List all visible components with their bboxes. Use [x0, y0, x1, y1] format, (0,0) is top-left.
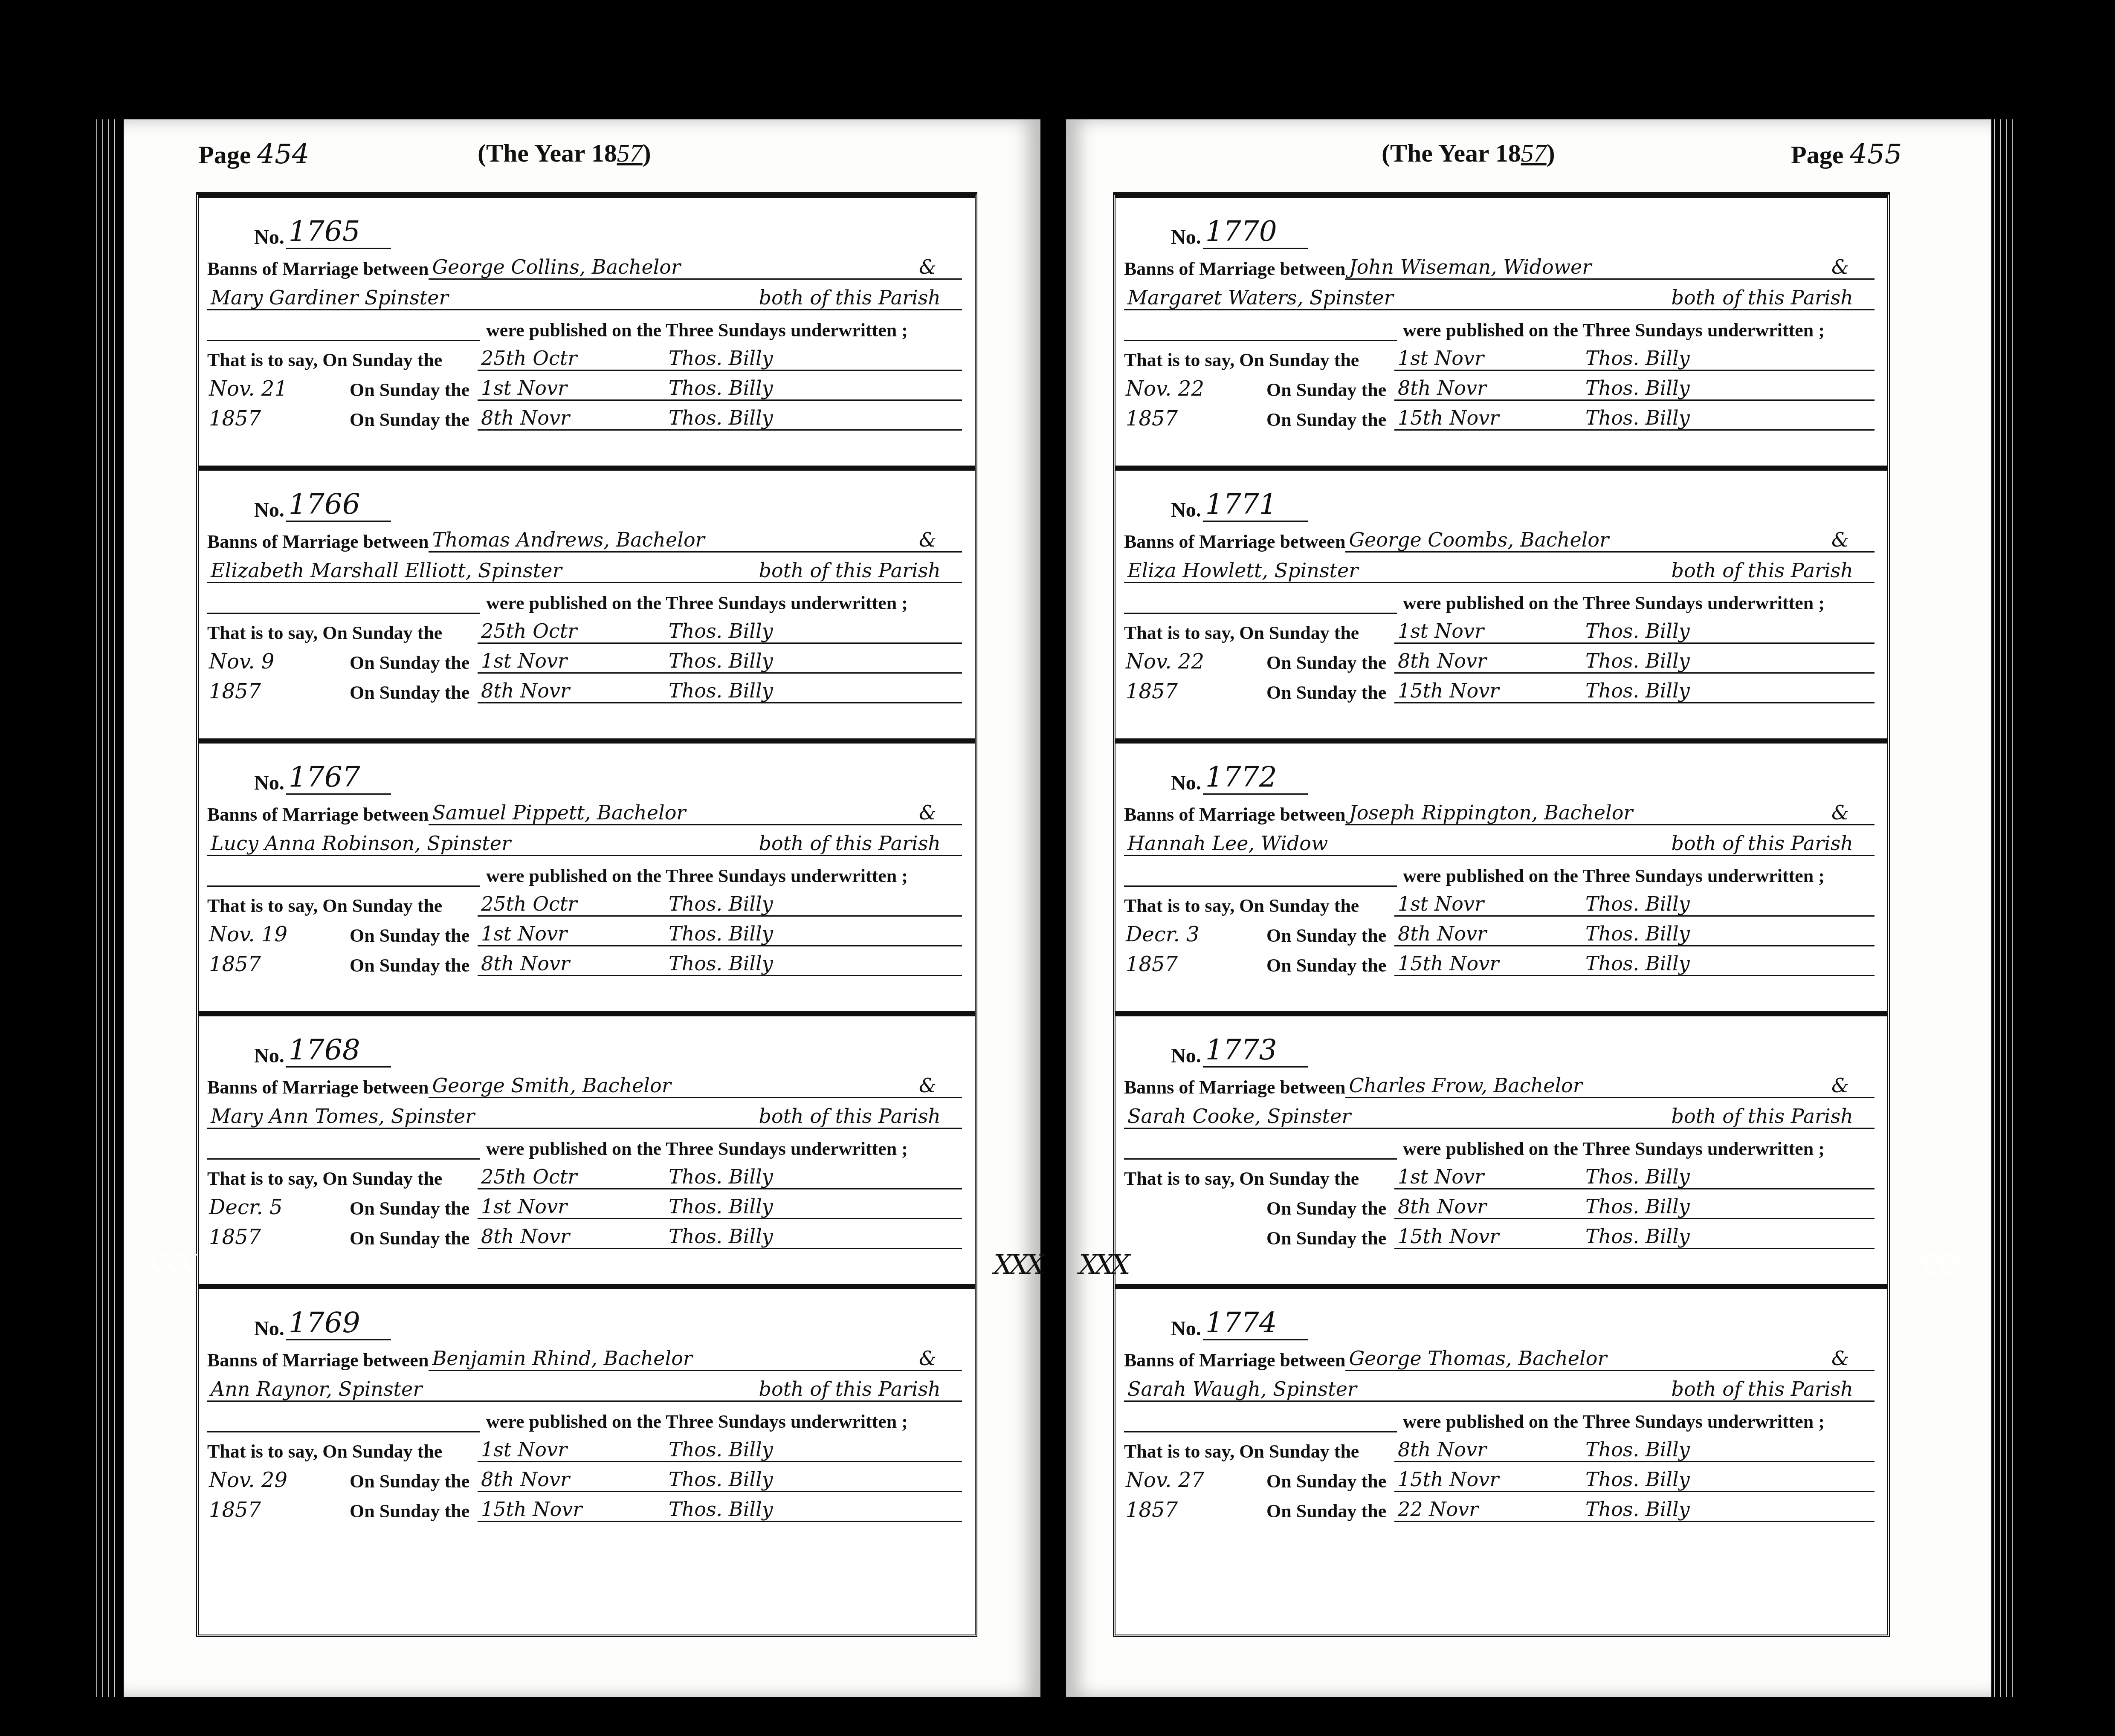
sunday-row: Nov. 22 On Sunday the 8th Novr Thos. Bil…	[1124, 371, 1875, 401]
entry-number: 1773	[1203, 1033, 1308, 1068]
page-label: Page	[1791, 141, 1843, 169]
ampersand: &	[919, 255, 962, 278]
ampersand: &	[919, 1347, 962, 1370]
sunday-date: 8th Novr	[478, 679, 669, 703]
sunday-date: 8th Novr	[1394, 922, 1585, 946]
sunday-label: That is to say, On Sunday the	[1124, 1441, 1394, 1462]
entry-number-line: No. 1771	[1171, 488, 1875, 522]
sunday-row: That is to say, On Sunday the 1st Novr T…	[207, 1432, 962, 1462]
party2-line: Sarah Cooke, Spinster both of this Paris…	[1124, 1098, 1875, 1129]
sunday-row: Nov. 19 On Sunday the 1st Novr Thos. Bil…	[207, 917, 962, 946]
year-handwritten: 57	[1521, 139, 1547, 167]
margin-date-note: Nov. 29	[207, 1468, 350, 1492]
sunday-date: 25th Octr	[478, 1165, 669, 1189]
party2-name: Lucy Anna Robinson, Spinster	[211, 832, 511, 855]
banns-line: Banns of Marriage between Benjamin Rhind…	[207, 1340, 962, 1371]
banns-entry: No. 1765 Banns of Marriage between Georg…	[199, 198, 975, 471]
ampersand: &	[1831, 528, 1875, 551]
sunday-label: That is to say, On Sunday the	[207, 1168, 478, 1189]
sunday-row: 1857 On Sunday the 22 Novr Thos. Billy	[1124, 1492, 1875, 1522]
sunday-label: That is to say, On Sunday the	[207, 895, 478, 917]
sunday-row: Decr. 3 On Sunday the 8th Novr Thos. Bil…	[1124, 917, 1875, 946]
sunday-row: 1857 On Sunday the 15th Novr Thos. Billy	[1124, 674, 1875, 703]
page-number: 455	[1850, 139, 1902, 170]
blank-field	[207, 1431, 480, 1432]
sunday-label: On Sunday the	[350, 409, 478, 431]
banns-label: Banns of Marriage between	[1124, 531, 1345, 553]
party2-line: Ann Raynor, Spinster both of this Parish	[207, 1371, 962, 1402]
published-text: were published on the Three Sundays unde…	[486, 592, 908, 614]
sunday-date: 8th Novr	[478, 406, 669, 431]
sunday-label: On Sunday the	[1266, 925, 1394, 946]
party1-field: Benjamin Rhind, Bachelor &	[429, 1347, 962, 1371]
sunday-row: 1857 On Sunday the 8th Novr Thos. Billy	[207, 401, 962, 431]
sunday-row: 1857 On Sunday the 8th Novr Thos. Billy	[207, 946, 962, 976]
sunday-label: On Sunday the	[1266, 409, 1394, 431]
entry-number-label: No.	[254, 226, 284, 249]
ampersand: &	[919, 801, 962, 824]
officiant-signature: Thos. Billy	[669, 679, 962, 703]
sunday-date: 1st Novr	[1394, 892, 1585, 917]
sunday-date: 8th Novr	[1394, 1195, 1585, 1219]
party2-field: Elizabeth Marshall Elliott, Spinster bot…	[207, 559, 962, 583]
parish-note: both of this Parish	[759, 286, 962, 309]
published-text: were published on the Three Sundays unde…	[486, 1411, 908, 1432]
published-text: were published on the Three Sundays unde…	[486, 319, 908, 341]
officiant-signature: Thos. Billy	[1585, 952, 1875, 976]
banns-line: Banns of Marriage between John Wiseman, …	[1124, 249, 1875, 280]
sunday-row: Nov. 27 On Sunday the 15th Novr Thos. Bi…	[1124, 1462, 1875, 1492]
sunday-date: 25th Octr	[478, 892, 669, 917]
officiant-signature: Thos. Billy	[669, 1225, 962, 1249]
sunday-date: 15th Novr	[1394, 1468, 1585, 1492]
margin-year-note: 1857	[207, 680, 350, 703]
banns-label: Banns of Marriage between	[1124, 258, 1345, 280]
party2-line: Mary Ann Tomes, Spinster both of this Pa…	[207, 1098, 962, 1129]
officiant-signature: Thos. Billy	[1585, 1468, 1875, 1492]
party1-field: John Wiseman, Widower &	[1345, 255, 1875, 280]
sunday-label: On Sunday the	[1266, 1198, 1394, 1219]
party2-field: Sarah Waugh, Spinster both of this Paris…	[1124, 1377, 1875, 1402]
banns-label: Banns of Marriage between	[207, 804, 429, 825]
sunday-row: That is to say, On Sunday the 1st Novr T…	[1124, 614, 1875, 644]
parish-note: both of this Parish	[1671, 559, 1875, 582]
entry-number: 1774	[1203, 1306, 1308, 1340]
published-line: were published on the Three Sundays unde…	[207, 1402, 962, 1432]
banns-label: Banns of Marriage between	[1124, 1076, 1345, 1098]
parish-note: both of this Parish	[1671, 286, 1875, 309]
sunday-label: On Sunday the	[350, 925, 478, 946]
sunday-date: 15th Novr	[478, 1498, 669, 1522]
published-line: were published on the Three Sundays unde…	[1124, 856, 1875, 887]
sunday-date: 25th Octr	[478, 619, 669, 644]
banns-entry: No. 1771 Banns of Marriage between Georg…	[1115, 471, 1887, 744]
officiant-signature: Thos. Billy	[669, 649, 962, 674]
sunday-row: Nov. 29 On Sunday the 8th Novr Thos. Bil…	[207, 1462, 962, 1492]
sunday-date: 8th Novr	[1394, 1438, 1585, 1462]
sunday-label: On Sunday the	[1266, 1470, 1394, 1492]
officiant-signature: Thos. Billy	[669, 1195, 962, 1219]
banns-label: Banns of Marriage between	[1124, 1349, 1345, 1371]
officiant-signature: Thos. Billy	[669, 619, 962, 644]
officiant-signature: Thos. Billy	[1585, 619, 1875, 644]
published-text: were published on the Three Sundays unde…	[1403, 1138, 1825, 1160]
banns-entry: No. 1769 Banns of Marriage between Benja…	[199, 1289, 975, 1562]
party2-name: Ann Raynor, Spinster	[211, 1377, 422, 1400]
sunday-row: Nov. 21 On Sunday the 1st Novr Thos. Bil…	[207, 371, 962, 401]
published-line: were published on the Three Sundays unde…	[207, 1129, 962, 1160]
sunday-date: 15th Novr	[1394, 1225, 1585, 1249]
party1-field: Joseph Rippington, Bachelor &	[1345, 801, 1875, 825]
party1-field: George Coombs, Bachelor &	[1345, 528, 1875, 553]
margin-mark: XXX	[1915, 1249, 1963, 1281]
sunday-label: On Sunday the	[350, 955, 478, 976]
banns-register-frame: No. 1770 Banns of Marriage between John …	[1113, 192, 1890, 1637]
ampersand: &	[1831, 801, 1875, 824]
page-label: Page	[198, 141, 251, 169]
party2-line: Eliza Howlett, Spinster both of this Par…	[1124, 553, 1875, 583]
parish-note: both of this Parish	[759, 1105, 962, 1128]
officiant-signature: Thos. Billy	[1585, 1165, 1875, 1189]
entry-number-line: No. 1765	[254, 215, 962, 249]
page-number: 454	[257, 139, 309, 170]
party1-name: Samuel Pippett, Bachelor	[432, 801, 686, 824]
ampersand: &	[919, 1074, 962, 1097]
margin-mark: XXX	[145, 1249, 193, 1281]
banns-label: Banns of Marriage between	[1124, 804, 1345, 825]
banns-register-frame: No. 1765 Banns of Marriage between Georg…	[196, 192, 977, 1637]
officiant-signature: Thos. Billy	[1585, 679, 1875, 703]
officiant-signature: Thos. Billy	[1585, 1225, 1875, 1249]
party1-field: Charles Frow, Bachelor &	[1345, 1074, 1875, 1098]
sunday-label: On Sunday the	[350, 1227, 478, 1249]
officiant-signature: Thos. Billy	[669, 1438, 962, 1462]
sunday-row: Decr. 5 On Sunday the 1st Novr Thos. Bil…	[207, 1189, 962, 1219]
party1-name: George Smith, Bachelor	[432, 1074, 671, 1097]
officiant-signature: Thos. Billy	[1585, 1195, 1875, 1219]
officiant-signature: Thos. Billy	[669, 922, 962, 946]
blank-field	[1124, 1158, 1397, 1160]
right-page: (The Year 1857) Page 455 No. 1770 Banns …	[1066, 119, 1991, 1697]
party1-name: Thomas Andrews, Bachelor	[432, 528, 704, 551]
officiant-signature: Thos. Billy	[669, 952, 962, 976]
blank-field	[207, 340, 480, 341]
officiant-signature: Thos. Billy	[1585, 922, 1875, 946]
sunday-date: 1st Novr	[1394, 347, 1585, 371]
entry-number-line: No. 1774	[1171, 1306, 1875, 1340]
officiant-signature: Thos. Billy	[669, 406, 962, 431]
party1-name: George Thomas, Bachelor	[1349, 1347, 1607, 1370]
sunday-label: That is to say, On Sunday the	[207, 622, 478, 644]
margin-year-note: 1857	[1124, 680, 1266, 703]
margin-year-note: 1857	[1124, 407, 1266, 431]
book-edge-right	[1991, 119, 2017, 1697]
officiant-signature: Thos. Billy	[1585, 347, 1875, 371]
entry-number-line: No. 1770	[1171, 215, 1875, 249]
sunday-label: On Sunday the	[1266, 955, 1394, 976]
entry-number-label: No.	[1171, 771, 1201, 795]
party2-name: Sarah Waugh, Spinster	[1127, 1377, 1357, 1400]
parish-note: both of this Parish	[1671, 1377, 1875, 1400]
sunday-label: On Sunday the	[350, 1198, 478, 1219]
published-text: were published on the Three Sundays unde…	[1403, 1411, 1825, 1432]
party1-name: George Collins, Bachelor	[432, 255, 681, 278]
published-line: were published on the Three Sundays unde…	[1124, 1129, 1875, 1160]
officiant-signature: Thos. Billy	[669, 376, 962, 401]
margin-year-note: 1857	[1124, 1498, 1266, 1522]
banns-entry: No. 1767 Banns of Marriage between Samue…	[199, 744, 975, 1016]
margin-date-note: Nov. 22	[1124, 377, 1266, 401]
published-text: were published on the Three Sundays unde…	[1403, 592, 1825, 614]
entry-number-label: No.	[254, 771, 284, 795]
sunday-date: 8th Novr	[1394, 376, 1585, 401]
published-text: were published on the Three Sundays unde…	[486, 865, 908, 887]
sunday-date: 15th Novr	[1394, 679, 1585, 703]
year-header: (The Year 1857)	[1382, 139, 1555, 168]
entry-number-label: No.	[1171, 226, 1201, 249]
entry-number: 1768	[286, 1033, 391, 1068]
left-page: Page 454 (The Year 1857) No. 1765 Banns …	[124, 119, 1040, 1697]
sunday-date: 25th Octr	[478, 347, 669, 371]
banns-entry: No. 1773 Banns of Marriage between Charl…	[1115, 1016, 1887, 1289]
sunday-date: 1st Novr	[1394, 1165, 1585, 1189]
sunday-date: 1st Novr	[478, 649, 669, 674]
margin-year-note: 1857	[207, 407, 350, 431]
banns-entry: No. 1768 Banns of Marriage between Georg…	[199, 1016, 975, 1289]
party2-name: Elizabeth Marshall Elliott, Spinster	[211, 559, 562, 582]
banns-line: Banns of Marriage between Thomas Andrews…	[207, 522, 962, 553]
blank-field	[1124, 1431, 1397, 1432]
officiant-signature: Thos. Billy	[669, 892, 962, 917]
party2-field: Eliza Howlett, Spinster both of this Par…	[1124, 559, 1875, 583]
margin-mark: XXX	[1079, 1249, 1127, 1281]
sunday-row: 1857 On Sunday the 15th Novr Thos. Billy	[207, 1492, 962, 1522]
party2-field: Ann Raynor, Spinster both of this Parish	[207, 1377, 962, 1402]
blank-field	[207, 613, 480, 614]
published-text: were published on the Three Sundays unde…	[1403, 865, 1825, 887]
banns-line: Banns of Marriage between Samuel Pippett…	[207, 795, 962, 825]
banns-label: Banns of Marriage between	[207, 1349, 429, 1371]
sunday-date: 22 Novr	[1394, 1498, 1585, 1522]
party1-name: Benjamin Rhind, Bachelor	[432, 1347, 692, 1370]
published-line: were published on the Three Sundays unde…	[207, 856, 962, 887]
entry-number-label: No.	[254, 1317, 284, 1340]
officiant-signature: Thos. Billy	[1585, 1498, 1875, 1522]
ampersand: &	[1831, 1347, 1875, 1370]
officiant-signature: Thos. Billy	[1585, 892, 1875, 917]
sunday-row: 1857 On Sunday the 8th Novr Thos. Billy	[207, 1219, 962, 1249]
sunday-label: On Sunday the	[350, 682, 478, 703]
party1-name: Charles Frow, Bachelor	[1349, 1074, 1582, 1097]
party1-field: Samuel Pippett, Bachelor &	[429, 801, 962, 825]
sunday-row: 1857 On Sunday the 15th Novr Thos. Billy	[1124, 401, 1875, 431]
entry-number: 1772	[1203, 761, 1308, 795]
sunday-row: That is to say, On Sunday the 8th Novr T…	[1124, 1432, 1875, 1462]
published-text: were published on the Three Sundays unde…	[1403, 319, 1825, 341]
year-handwritten: 57	[617, 139, 643, 167]
banns-label: Banns of Marriage between	[207, 1076, 429, 1098]
sunday-label: On Sunday the	[350, 379, 478, 401]
sunday-row: 1857 On Sunday the 15th Novr Thos. Billy	[1124, 946, 1875, 976]
sunday-row: Nov. 22 On Sunday the 8th Novr Thos. Bil…	[1124, 644, 1875, 674]
margin-date-note: Nov. 19	[207, 923, 350, 946]
party2-line: Margaret Waters, Spinster both of this P…	[1124, 280, 1875, 310]
sunday-label: On Sunday the	[1266, 379, 1394, 401]
entry-number-label: No.	[1171, 1317, 1201, 1340]
officiant-signature: Thos. Billy	[669, 1165, 962, 1189]
sunday-label: That is to say, On Sunday the	[1124, 1168, 1394, 1189]
sunday-row: That is to say, On Sunday the 25th Octr …	[207, 887, 962, 917]
entry-number: 1766	[286, 488, 391, 522]
officiant-signature: Thos. Billy	[669, 1498, 962, 1522]
page-number-header: Page 454	[198, 139, 309, 170]
party1-field: Thomas Andrews, Bachelor &	[429, 528, 962, 553]
banns-entry: No. 1774 Banns of Marriage between Georg…	[1115, 1289, 1887, 1562]
party2-line: Lucy Anna Robinson, Spinster both of thi…	[207, 825, 962, 856]
banns-entry: No. 1772 Banns of Marriage between Josep…	[1115, 744, 1887, 1016]
margin-date-note: Nov. 21	[207, 377, 350, 401]
entry-number: 1770	[1203, 215, 1308, 249]
officiant-signature: Thos. Billy	[1585, 1438, 1875, 1462]
officiant-signature: Thos. Billy	[1585, 406, 1875, 431]
entry-number-line: No. 1769	[254, 1306, 962, 1340]
entry-number-label: No.	[1171, 1044, 1201, 1068]
sunday-row: That is to say, On Sunday the 25th Octr …	[207, 341, 962, 371]
year-header: (The Year 1857)	[478, 139, 651, 168]
sunday-label: On Sunday the	[1266, 682, 1394, 703]
officiant-signature: Thos. Billy	[669, 347, 962, 371]
party2-line: Elizabeth Marshall Elliott, Spinster bot…	[207, 553, 962, 583]
party2-line: Hannah Lee, Widow both of this Parish	[1124, 825, 1875, 856]
margin-date-note: Decr. 5	[207, 1195, 350, 1219]
sunday-label: That is to say, On Sunday the	[1124, 349, 1394, 371]
parish-note: both of this Parish	[759, 559, 962, 582]
parish-note: both of this Parish	[1671, 1105, 1875, 1128]
sunday-date: 1st Novr	[478, 1195, 669, 1219]
published-line: were published on the Three Sundays unde…	[207, 583, 962, 614]
published-line: were published on the Three Sundays unde…	[1124, 1402, 1875, 1432]
officiant-signature: Thos. Billy	[669, 1468, 962, 1492]
officiant-signature: Thos. Billy	[1585, 649, 1875, 674]
blank-field	[207, 1158, 480, 1160]
sunday-label: On Sunday the	[350, 1500, 478, 1522]
party2-name: Margaret Waters, Spinster	[1127, 286, 1394, 309]
entry-number-label: No.	[254, 498, 284, 522]
party2-name: Eliza Howlett, Spinster	[1127, 559, 1358, 582]
margin-year-note: 1857	[207, 952, 350, 976]
entry-number-line: No. 1767	[254, 761, 962, 795]
parish-note: both of this Parish	[759, 1377, 962, 1400]
sunday-label: On Sunday the	[1266, 1227, 1394, 1249]
party2-name: Mary Ann Tomes, Spinster	[211, 1105, 475, 1128]
blank-field	[207, 885, 480, 887]
parish-note: both of this Parish	[1671, 832, 1875, 855]
party1-field: George Smith, Bachelor &	[429, 1074, 962, 1098]
party2-name: Sarah Cooke, Spinster	[1127, 1105, 1351, 1128]
sunday-date: 1st Novr	[478, 922, 669, 946]
entry-number-line: No. 1766	[254, 488, 962, 522]
sunday-row: That is to say, On Sunday the 1st Novr T…	[1124, 887, 1875, 917]
party1-name: George Coombs, Bachelor	[1349, 528, 1609, 551]
banns-label: Banns of Marriage between	[207, 531, 429, 553]
book-edge-left	[94, 119, 119, 1697]
sunday-date: 8th Novr	[478, 1225, 669, 1249]
published-line: were published on the Three Sundays unde…	[1124, 310, 1875, 341]
party2-line: Sarah Waugh, Spinster both of this Paris…	[1124, 1371, 1875, 1402]
published-text: were published on the Three Sundays unde…	[486, 1138, 908, 1160]
published-line: were published on the Three Sundays unde…	[207, 310, 962, 341]
party2-field: Mary Gardiner Spinster both of this Pari…	[207, 286, 962, 310]
sunday-label: That is to say, On Sunday the	[207, 1441, 478, 1462]
sunday-date: 1st Novr	[478, 376, 669, 401]
sunday-date: 15th Novr	[1394, 406, 1585, 431]
sunday-label: On Sunday the	[350, 652, 478, 674]
entry-number-label: No.	[254, 1044, 284, 1068]
party2-field: Lucy Anna Robinson, Spinster both of thi…	[207, 832, 962, 856]
party2-name: Hannah Lee, Widow	[1127, 832, 1328, 855]
parish-note: both of this Parish	[759, 832, 962, 855]
sunday-label: That is to say, On Sunday the	[1124, 895, 1394, 917]
sunday-date: 1st Novr	[478, 1438, 669, 1462]
sunday-date: 1st Novr	[1394, 619, 1585, 644]
sunday-label: On Sunday the	[1266, 1500, 1394, 1522]
blank-field	[1124, 613, 1397, 614]
party2-field: Margaret Waters, Spinster both of this P…	[1124, 286, 1875, 310]
margin-mark: XXX	[994, 1249, 1042, 1281]
sunday-row: Nov. 9 On Sunday the 1st Novr Thos. Bill…	[207, 644, 962, 674]
ampersand: &	[919, 528, 962, 551]
sunday-row: That is to say, On Sunday the 25th Octr …	[207, 1160, 962, 1189]
page-number-header: Page 455	[1791, 139, 1902, 170]
sunday-label: On Sunday the	[350, 1470, 478, 1492]
banns-entry: No. 1766 Banns of Marriage between Thoma…	[199, 471, 975, 744]
party1-name: John Wiseman, Widower	[1349, 255, 1591, 278]
entry-number-line: No. 1768	[254, 1033, 962, 1068]
party1-field: George Thomas, Bachelor &	[1345, 1347, 1875, 1371]
sunday-row: That is to say, On Sunday the 1st Novr T…	[1124, 1160, 1875, 1189]
banns-entry: No. 1770 Banns of Marriage between John …	[1115, 198, 1887, 471]
sunday-row: 1857 On Sunday the 8th Novr Thos. Billy	[207, 674, 962, 703]
banns-line: Banns of Marriage between Charles Frow, …	[1124, 1068, 1875, 1098]
party2-field: Mary Ann Tomes, Spinster both of this Pa…	[207, 1105, 962, 1129]
sunday-label: That is to say, On Sunday the	[207, 349, 478, 371]
banns-line: Banns of Marriage between George Collins…	[207, 249, 962, 280]
sunday-date: 8th Novr	[478, 952, 669, 976]
party2-field: Hannah Lee, Widow both of this Parish	[1124, 832, 1875, 856]
banns-line: Banns of Marriage between George Thomas,…	[1124, 1340, 1875, 1371]
party2-line: Mary Gardiner Spinster both of this Pari…	[207, 280, 962, 310]
entry-number-line: No. 1772	[1171, 761, 1875, 795]
margin-date-note: Nov. 9	[207, 650, 350, 674]
sunday-row: That is to say, On Sunday the 1st Novr T…	[1124, 341, 1875, 371]
sunday-date: 8th Novr	[1394, 649, 1585, 674]
entry-number: 1769	[286, 1306, 391, 1340]
entry-number-label: No.	[1171, 498, 1201, 522]
ampersand: &	[1831, 255, 1875, 278]
party2-field: Sarah Cooke, Spinster both of this Paris…	[1124, 1105, 1875, 1129]
banns-line: Banns of Marriage between George Smith, …	[207, 1068, 962, 1098]
ampersand: &	[1831, 1074, 1875, 1097]
sunday-label: That is to say, On Sunday the	[1124, 622, 1394, 644]
banns-label: Banns of Marriage between	[207, 258, 429, 280]
party1-name: Joseph Rippington, Bachelor	[1349, 801, 1633, 824]
officiant-signature: Thos. Billy	[1585, 376, 1875, 401]
margin-year-note: 1857	[207, 1498, 350, 1522]
banns-line: Banns of Marriage between Joseph Ripping…	[1124, 795, 1875, 825]
sunday-row: On Sunday the 8th Novr Thos. Billy	[1124, 1189, 1875, 1219]
margin-year-note: 1857	[207, 1225, 350, 1249]
margin-date-note: Nov. 27	[1124, 1468, 1266, 1492]
